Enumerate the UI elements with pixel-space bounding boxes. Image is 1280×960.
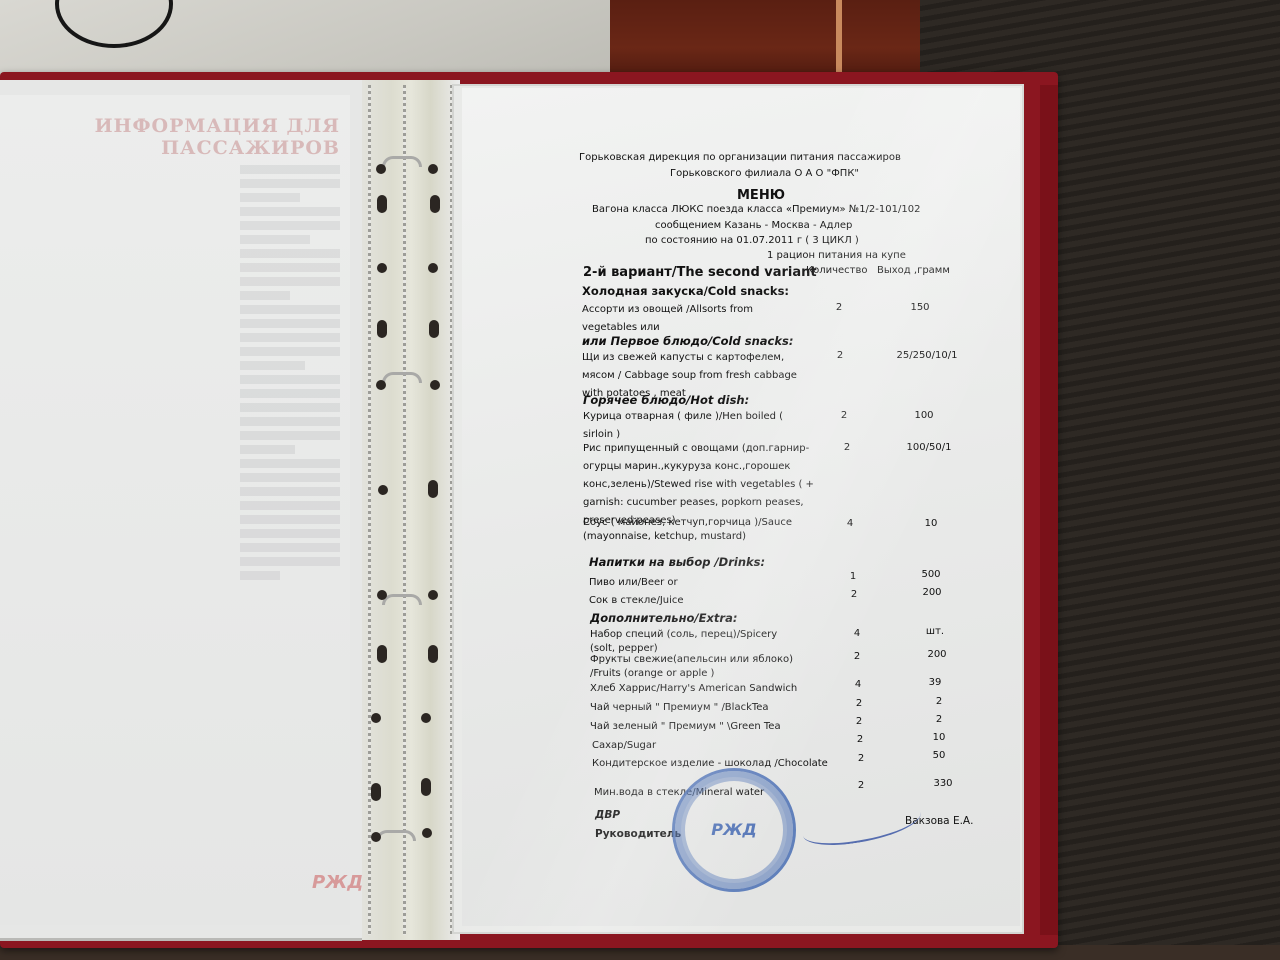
menu-item: Сахар/Sugar — [592, 737, 852, 755]
section-extra: Дополнительно/Extra: — [590, 611, 737, 625]
section-cold-snacks: Холодная закуска/Cold snacks: — [582, 284, 789, 298]
official-stamp: РЖД — [672, 768, 796, 892]
menu-item: Сок в стекле/Juice — [589, 592, 849, 610]
punch-hole — [371, 832, 381, 842]
punch-hole — [428, 645, 438, 663]
header-line: Горьковская дирекция по организации пита… — [579, 152, 901, 163]
item-output: 10 — [894, 732, 984, 743]
section-first-course: или Первое блюдо/Cold snacks: — [582, 334, 793, 348]
menu-item: Набор специй (соль, перец)/Spicery (solt… — [590, 628, 800, 656]
output-column-header: Выход ,грамм — [877, 265, 950, 276]
item-qty: 2 — [846, 780, 876, 791]
subtitle-line: 1 рацион питания на купе — [767, 250, 906, 261]
item-output: 100/50/1 — [884, 442, 974, 453]
menu-title: МЕНЮ — [737, 188, 785, 203]
wooden-table — [610, 0, 920, 80]
role-label: Руководитель — [595, 828, 681, 840]
department-label: ДВР — [595, 809, 620, 821]
menu-item: Чай черный " Премиум " /BlackTea — [590, 699, 850, 717]
section-drinks: Напитки на выбор /Drinks: — [589, 555, 765, 569]
punch-hole — [428, 263, 438, 273]
item-output: 150 — [875, 302, 965, 313]
item-output: 50 — [894, 750, 984, 761]
table-edge — [836, 0, 842, 80]
menu-document: Горьковская дирекция по организации пита… — [462, 88, 1020, 926]
binder-edge — [1040, 85, 1058, 935]
punch-hole — [428, 480, 438, 498]
menu-item: Фрукты свежие(апельсин или яблоко) /Frui… — [590, 653, 820, 681]
item-output: 200 — [887, 587, 977, 598]
punch-hole — [371, 713, 381, 723]
spine-stitch — [368, 85, 371, 935]
item-output: 500 — [886, 569, 976, 580]
punch-hole — [421, 778, 431, 796]
item-output: 330 — [898, 778, 988, 789]
item-qty: 4 — [843, 679, 873, 690]
item-output: 25/250/10/1 — [882, 350, 972, 361]
punch-hole — [421, 713, 431, 723]
subtitle-line: сообщением Казань - Москва - Адлер — [655, 220, 852, 231]
punch-hole — [377, 590, 387, 600]
punch-hole — [430, 380, 440, 390]
header-line: Горьковского филиала О А О "ФПК" — [670, 168, 859, 179]
item-qty: 2 — [832, 442, 862, 453]
item-output: 2 — [894, 696, 984, 707]
punch-hole — [378, 485, 388, 495]
punch-hole — [376, 164, 386, 174]
punch-hole — [428, 590, 438, 600]
punch-hole — [430, 195, 440, 213]
item-qty: 2 — [844, 716, 874, 727]
variant-label: 2-й вариант/The second variant — [583, 265, 817, 280]
item-qty: 2 — [824, 302, 854, 313]
item-qty: 2 — [825, 350, 855, 361]
menu-item: Соус ( майонез, кетчуп,горчица )/Sauce (… — [583, 516, 803, 544]
item-qty: 2 — [842, 651, 872, 662]
menu-item: Хлеб Харрис/Harry's American Sandwich — [590, 680, 830, 698]
punch-hole — [422, 828, 432, 838]
item-output: 2 — [894, 714, 984, 725]
menu-item: Ассорти из овощей /Allsorts from vegetab… — [582, 301, 782, 337]
spine-stitch — [403, 85, 406, 935]
item-qty: 2 — [846, 753, 876, 764]
section-hot-dish: Горячее блюдо/Hot dish: — [583, 393, 749, 407]
menu-item: Чай зеленый " Премиум " \Green Tea — [590, 718, 850, 736]
punch-hole — [429, 320, 439, 338]
punch-hole — [371, 783, 381, 801]
item-qty: 2 — [844, 698, 874, 709]
item-qty: 4 — [835, 518, 865, 529]
qty-column-header: Количество — [806, 265, 868, 276]
item-output: 100 — [879, 410, 969, 421]
binder-ring[interactable] — [382, 156, 422, 167]
binder-ring[interactable] — [376, 830, 416, 841]
menu-item: Пиво или/Beer or — [589, 574, 849, 592]
subtitle-line: Вагона класса ЛЮКС поезда класса «Премиу… — [592, 204, 920, 215]
binder-ring[interactable] — [382, 372, 422, 383]
left-page-heading: ИНФОРМАЦИЯ ДЛЯ ПАССАЖИРОВ — [0, 115, 340, 159]
item-output: 200 — [892, 649, 982, 660]
item-qty: 2 — [845, 734, 875, 745]
item-qty: 2 — [839, 589, 869, 600]
menu-item: Курица отварная ( филе )/Hen boiled ( si… — [583, 408, 803, 444]
item-output: 10 — [886, 518, 976, 529]
binder-ring[interactable] — [382, 594, 422, 605]
punch-hole — [377, 263, 387, 273]
handwritten-signature — [800, 798, 924, 850]
item-output: 39 — [890, 677, 980, 688]
punch-hole — [377, 320, 387, 338]
rzd-logo: РЖД — [312, 872, 363, 893]
subtitle-line: по состоянию на 01.07.2011 г ( 3 ЦИКЛ ) — [645, 235, 859, 246]
item-qty: 2 — [829, 410, 859, 421]
punch-hole — [377, 195, 387, 213]
punch-hole — [428, 164, 438, 174]
item-output: шт. — [890, 626, 980, 637]
item-qty: 1 — [838, 571, 868, 582]
punch-hole — [376, 380, 386, 390]
punch-hole — [377, 645, 387, 663]
left-page-faded-text — [240, 160, 340, 585]
item-qty: 4 — [842, 628, 872, 639]
